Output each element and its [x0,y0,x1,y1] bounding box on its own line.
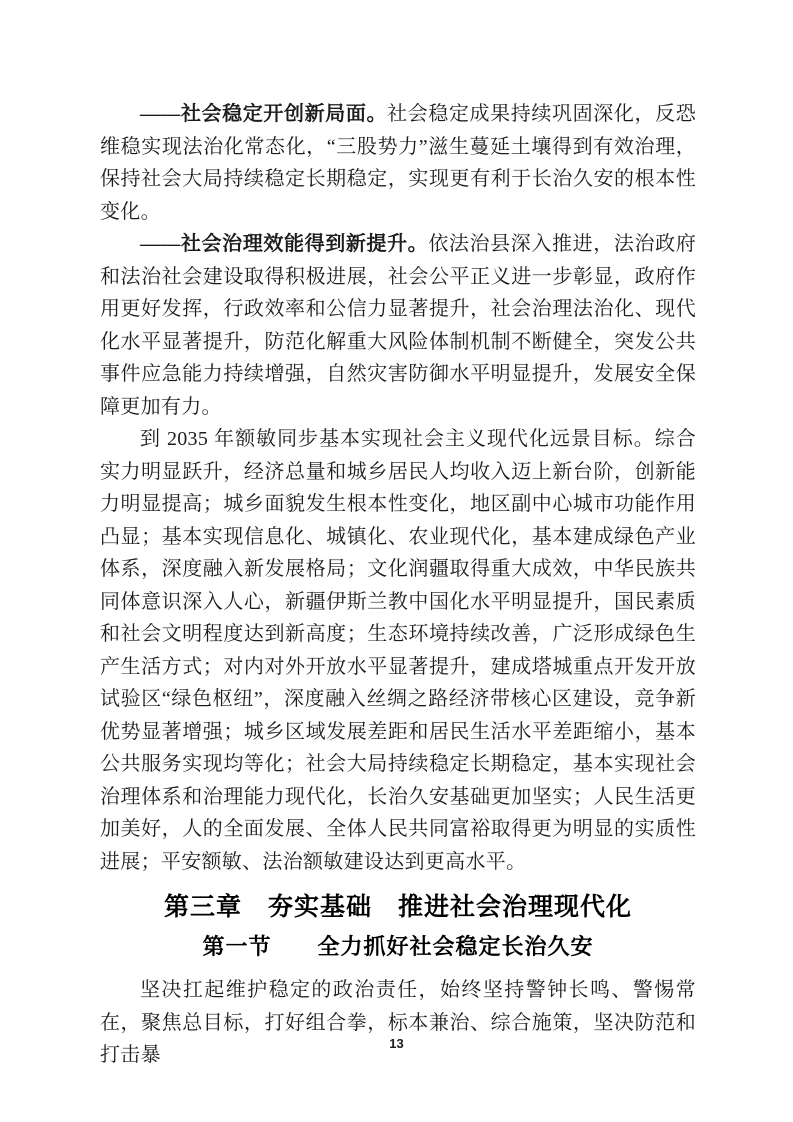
paragraph-lead: ——社会治理效能得到新提升。 [140,233,428,255]
section-heading: 第一节 全力抓好社会稳定长治久安 [100,928,696,966]
paragraph-lead: ——社会稳定开创新局面。 [140,103,387,125]
document-page: ——社会稳定开创新局面。社会稳定成果持续巩固深化，反恐维稳实现法治化常态化，“三… [0,0,793,1122]
chapter-heading: 第三章 夯实基础 推进社会治理现代化 [100,886,696,928]
document-body: ——社会稳定开创新局面。社会稳定成果持续巩固深化，反恐维稳实现法治化常态化，“三… [0,0,793,1072]
paragraph: ——社会稳定开创新局面。社会稳定成果持续巩固深化，反恐维稳实现法治化常态化，“三… [100,98,696,228]
paragraph: 到 2035 年额敏同步基本实现社会主义现代化远景目标。综合实力明显跃升，经济总… [100,423,696,878]
paragraph: ——社会治理效能得到新提升。依法治县深入推进，法治政府和法治社会建设取得积极进展… [100,228,696,423]
paragraph: 坚决扛起维护稳定的政治责任，始终坚持警钟长鸣、警惕常在，聚焦总目标，打好组合拳，… [100,974,696,1072]
page-number: 13 [0,1036,793,1051]
